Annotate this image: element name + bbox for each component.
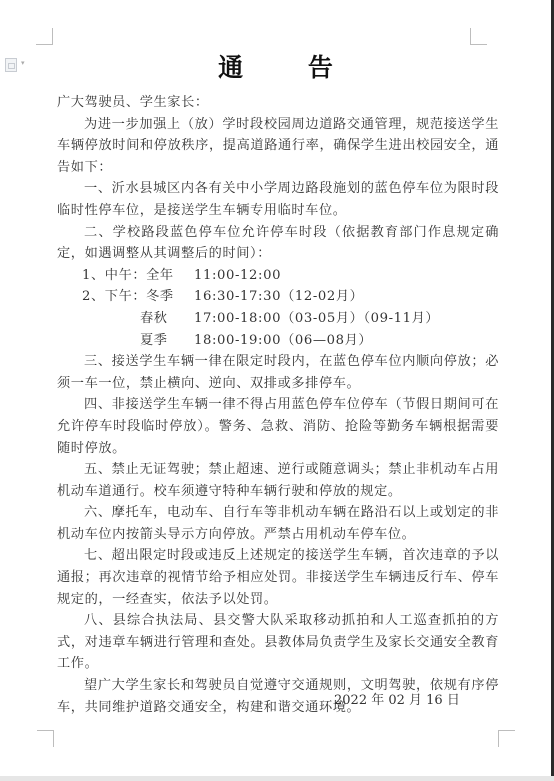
schedule-row: 春秋17:00-18:00（03-05月）（09-11月） bbox=[57, 308, 499, 330]
schedule-row: 1、中午：全年11:00-12:00 bbox=[57, 265, 499, 287]
paragraph-5: 五、禁止无证驾驶；禁止超速、逆行或随意调头；禁止非机动车占用机动车道通行。校车须… bbox=[57, 459, 499, 502]
document-date: 2022 年 02 月 16 日 bbox=[334, 689, 460, 708]
paragraph-3: 三、接送学生车辆一律在限定时段内，在蓝色停车位内顺向停放；必须一车一位，禁止横向… bbox=[57, 351, 499, 394]
margin-corner-top-right bbox=[470, 28, 487, 45]
paragraph-1: 一、沂水县城区内各有关中小学周边路段施划的蓝色停车位为限时段临时性停车位，是接送… bbox=[57, 178, 499, 221]
salutation: 广大驾驶员、学生家长： bbox=[57, 92, 499, 114]
paragraph-8: 八、县综合执法局、县交警大队采取移动抓拍和人工巡查抓拍的方式，对违章车辆进行管理… bbox=[57, 610, 499, 675]
paragraph-7: 七、超出限定时段或违反上述规定的接送学生车辆，首次违章的予以通报；再次违章的视情… bbox=[57, 545, 499, 610]
margin-corner-bottom-left bbox=[37, 730, 54, 747]
schedule-row: 2、下午：冬季16:30-17:30（12-02月） bbox=[57, 286, 499, 308]
paragraph-2: 二、学校路段蓝色停车位允许停车时段（依据教育部门作息规定确定，如遇调整从其调整后… bbox=[57, 222, 499, 265]
document-body: 广大驾驶员、学生家长： 为进一步加强上（放）学时段校园周边道路交通管理，规范接送… bbox=[57, 92, 499, 718]
margin-corner-bottom-right bbox=[498, 730, 515, 747]
document-page: ▾ 通 告 广大驾驶员、学生家长： 为进一步加强上（放）学时段校园周边道路交通管… bbox=[0, 0, 551, 776]
margin-corner-top-left bbox=[36, 28, 53, 45]
paragraph-4: 四、非接送学生车辆一律不得占用蓝色停车位停车（节假日期间可在允许停车时段临时停放… bbox=[57, 394, 499, 459]
page-title: 通 告 bbox=[0, 48, 551, 84]
schedule-row: 夏季18:00-19:00（06—08月） bbox=[57, 330, 499, 352]
paragraph-intro: 为进一步加强上（放）学时段校园周边道路交通管理，规范接送学生车辆停放时间和停放秩… bbox=[57, 114, 499, 179]
window-border-bottom bbox=[0, 776, 554, 781]
paragraph-6: 六、摩托车，电动车、自行车等非机动车辆在路沿石以上或划定的非机动车位内按箭头导示… bbox=[57, 502, 499, 545]
